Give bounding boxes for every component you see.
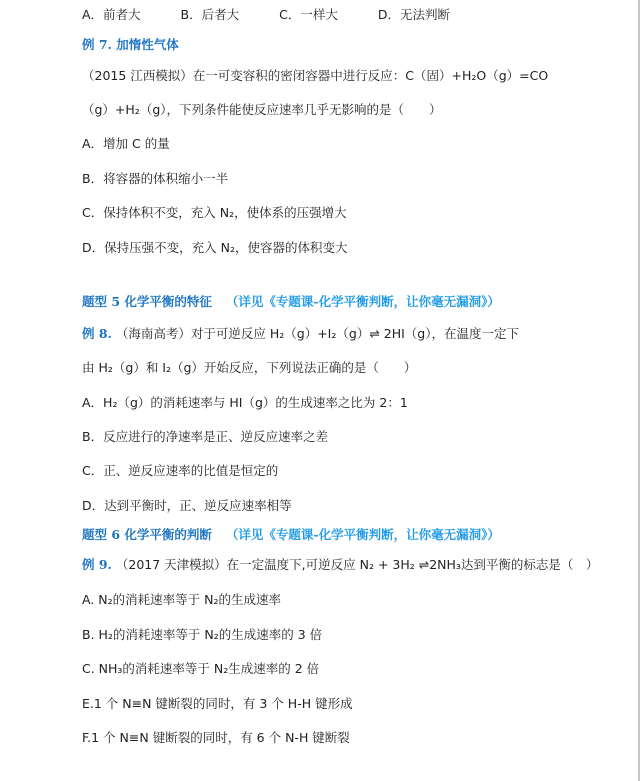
section-5-heading: 题型 5 化学平衡的特征 （详见《专题课-化学平衡判断，让你毫无漏洞》）: [82, 293, 500, 311]
section-6-reference: （详见《专题课-化学平衡判断，让你毫无漏洞》）: [226, 527, 500, 542]
example-8-stem-text: （海南高考）对于可逆反应 H₂（g）+I₂（g）⇌ 2HI（g），在温度一定下: [116, 326, 519, 341]
section-6-title: 题型 6 化学平衡的判断: [82, 527, 212, 542]
option-c: C．一样大: [279, 6, 338, 24]
example-7-heading: 例 7. 加惰性气体: [82, 36, 179, 54]
example-9-stem-text: （2017 天津模拟）在一定温度下,可逆反应 N₂ + 3H₂ ⇌2NH₃达到平…: [116, 557, 599, 572]
example-8-option-c: C．正、逆反应速率的比值是恒定的: [82, 462, 278, 480]
example-9-option-b: B. H₂的消耗速率等于 N₂的生成速率的 3 倍: [82, 626, 322, 644]
previous-question-options: A．前者大 B．后者大 C．一样大 D．无法判断: [82, 6, 486, 24]
example-8-option-b: B．反应进行的净速率是正、逆反应速率之差: [82, 428, 328, 446]
option-a: A．前者大: [82, 6, 141, 24]
option-d: D．无法判断: [378, 6, 450, 24]
example-7-stem-line-2: （g）+H₂（g），下列条件能使反应速率几乎无影响的是（ ）: [82, 101, 442, 119]
section-5-reference: （详见《专题课-化学平衡判断，让你毫无漏洞》）: [226, 294, 500, 309]
example-9-option-a: A. N₂的消耗速率等于 N₂的生成速率: [82, 591, 281, 609]
example-7-option-b: B．将容器的体积缩小一半: [82, 170, 228, 188]
example-9-label: 例 9.: [82, 557, 112, 572]
example-8-stem-line-2: 由 H₂（g）和 I₂（g）开始反应，下列说法正确的是（ ）: [82, 359, 416, 377]
section-5-title: 题型 5 化学平衡的特征: [82, 294, 212, 309]
example-9-option-e: E.1 个 N≡N 键断裂的同时，有 3 个 H-H 键形成: [82, 695, 353, 713]
example-7-option-a: A．增加 C 的量: [82, 135, 170, 153]
example-9-option-f: F.1 个 N≡N 键断裂的同时，有 6 个 N-H 键断裂: [82, 729, 350, 747]
section-6-heading: 题型 6 化学平衡的判断 （详见《专题课-化学平衡判断，让你毫无漏洞》）: [82, 526, 500, 544]
example-8-stem-line-1: 例 8. （海南高考）对于可逆反应 H₂（g）+I₂（g）⇌ 2HI（g），在温…: [82, 325, 519, 343]
example-9-option-c: C. NH₃的消耗速率等于 N₂生成速率的 2 倍: [82, 660, 319, 678]
document-page: A．前者大 B．后者大 C．一样大 D．无法判断 例 7. 加惰性气体 （201…: [0, 0, 638, 781]
example-8-option-a: A．H₂（g）的消耗速率与 HI（g）的生成速率之比为 2：1: [82, 394, 408, 412]
example-7-option-d: D．保持压强不变，充入 N₂，使容器的体积变大: [82, 239, 347, 257]
example-7-stem-line-1: （2015 江西模拟）在一可变容积的密闭容器中进行反应：C（固）+H₂O（g）=…: [82, 67, 548, 85]
option-b: B．后者大: [181, 6, 240, 24]
example-9-stem: 例 9. （2017 天津模拟）在一定温度下,可逆反应 N₂ + 3H₂ ⇌2N…: [82, 556, 598, 574]
example-7-option-c: C．保持体积不变，充入 N₂，使体系的压强增大: [82, 204, 347, 222]
example-8-option-d: D．达到平衡时，正、逆反应速率相等: [82, 497, 292, 515]
example-8-label: 例 8.: [82, 326, 112, 341]
